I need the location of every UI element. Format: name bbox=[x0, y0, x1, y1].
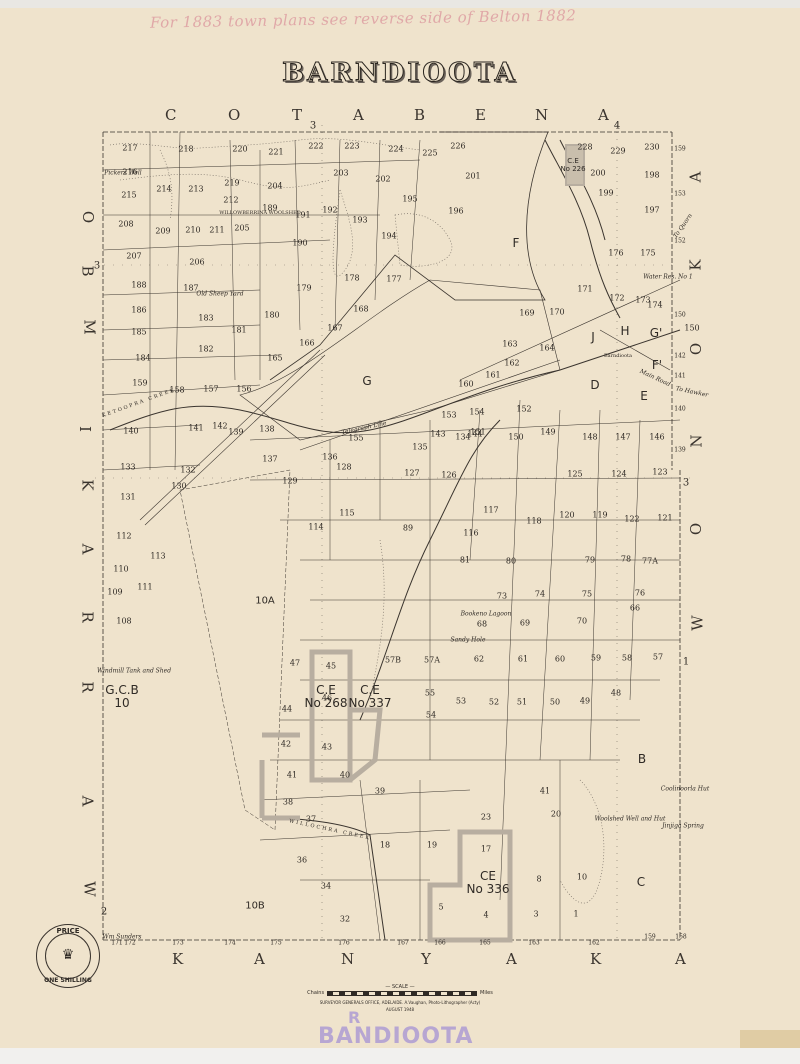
section-number: 200 bbox=[590, 169, 605, 178]
grid-number: 3 bbox=[683, 478, 689, 489]
crown-icon: ♛ bbox=[59, 947, 77, 963]
section-number: 129 bbox=[282, 477, 297, 486]
section-number: 136 bbox=[322, 453, 337, 462]
block-label: J bbox=[591, 330, 595, 344]
section-number: 108 bbox=[116, 617, 131, 626]
section-number: 166 bbox=[299, 339, 314, 348]
section-number: 156 bbox=[236, 385, 251, 394]
section-number: 70 bbox=[577, 617, 587, 626]
border-number: 165 bbox=[479, 940, 490, 947]
section-number: 159 bbox=[132, 379, 147, 388]
section-number: 124 bbox=[611, 470, 626, 479]
section-number: 113 bbox=[150, 552, 165, 561]
gcb-10: G.C.B 10 bbox=[105, 684, 139, 710]
place-name: Water Res. No 1 bbox=[643, 274, 693, 281]
section-number: 38 bbox=[283, 798, 293, 807]
section-number: 150 bbox=[684, 324, 699, 333]
section-number: 190 bbox=[292, 239, 307, 248]
block-label: C bbox=[637, 875, 645, 889]
section-number: 150 bbox=[508, 433, 523, 442]
border-number: 153 bbox=[674, 191, 685, 198]
section-number: 221 bbox=[268, 148, 283, 157]
section-number: 40 bbox=[340, 771, 350, 780]
grid-number: 4 bbox=[614, 121, 620, 132]
section-number: 154 bbox=[469, 408, 484, 417]
section-number: 46 bbox=[322, 694, 332, 703]
section-number: 80 bbox=[506, 557, 516, 566]
border-number: 140 bbox=[674, 406, 685, 413]
section-number: 148 bbox=[582, 433, 597, 442]
section-number: 51 bbox=[517, 698, 527, 707]
place-name: WILLOWBERRINA WOOLSHED bbox=[219, 210, 301, 216]
section-number: 219 bbox=[224, 179, 239, 188]
section-number: 199 bbox=[598, 189, 613, 198]
section-number: 60 bbox=[555, 655, 565, 664]
section-number: 149 bbox=[540, 428, 555, 437]
section-number: 121 bbox=[657, 514, 672, 523]
scale-legend: — SCALE — Chains Miles SURVEYOR GENERALS… bbox=[300, 984, 500, 1012]
section-number: 207 bbox=[126, 252, 141, 261]
section-number: 112 bbox=[116, 532, 131, 541]
scale-unit-miles: Miles bbox=[480, 990, 493, 996]
section-number: 213 bbox=[188, 185, 203, 194]
section-number: 32 bbox=[340, 915, 350, 924]
section-number: 181 bbox=[231, 326, 246, 335]
border-number: 173 bbox=[172, 940, 183, 947]
section-number: 161 bbox=[485, 371, 500, 380]
border-number: 176 bbox=[338, 940, 349, 947]
section-number: 197 bbox=[644, 206, 659, 215]
section-number: 140 bbox=[123, 427, 138, 436]
section-number: 45 bbox=[326, 662, 336, 671]
section-number: 18 bbox=[380, 841, 390, 850]
block-label: G bbox=[362, 374, 371, 388]
section-number: 54 bbox=[426, 711, 436, 720]
section-number: 78 bbox=[621, 555, 631, 564]
section-number: 57 bbox=[653, 653, 663, 662]
stamp-shilling-text: ONE SHILLING bbox=[37, 977, 99, 984]
place-name: Windmill Tank and Shed bbox=[97, 668, 171, 675]
section-number: 47 bbox=[290, 659, 300, 668]
grid-number: 3 bbox=[94, 261, 100, 272]
section-number: 153 bbox=[441, 411, 456, 420]
section-number: 3 bbox=[533, 910, 538, 919]
place-name: Sandy Hole bbox=[450, 637, 485, 644]
border-number: 142 bbox=[674, 353, 685, 360]
section-number: 193 bbox=[352, 216, 367, 225]
section-number: 69 bbox=[520, 619, 530, 628]
section-number: 204 bbox=[267, 182, 282, 191]
section-number: 171 bbox=[577, 285, 592, 294]
block-label: G' bbox=[650, 326, 663, 340]
section-number: 195 bbox=[402, 195, 417, 204]
section-number: 155 bbox=[348, 434, 363, 443]
section-number: 89 bbox=[403, 524, 413, 533]
section-number: 5 bbox=[438, 903, 443, 912]
place-name: Jinjiga Spring bbox=[662, 823, 704, 830]
section-number: 160 bbox=[458, 380, 473, 389]
section-number: 184 bbox=[135, 354, 150, 363]
section-number: 23 bbox=[481, 813, 491, 822]
section-number: 135 bbox=[412, 443, 427, 452]
border-number: 172 bbox=[124, 940, 135, 947]
section-number: 81 bbox=[460, 556, 470, 565]
section-number: 176 bbox=[608, 249, 623, 258]
section-number: 164 bbox=[539, 344, 554, 353]
border-number: 163 bbox=[528, 940, 539, 947]
section-number: 177 bbox=[386, 275, 401, 284]
section-number: 125 bbox=[567, 470, 582, 479]
block-label: D bbox=[590, 378, 599, 392]
section-number: 1 bbox=[573, 910, 578, 919]
border-number: 150 bbox=[674, 312, 685, 319]
scale-row: Chains Miles bbox=[300, 990, 500, 996]
place-name: Coolinoorla Hut bbox=[661, 786, 710, 793]
section-number: 36 bbox=[297, 856, 307, 865]
section-number: 42 bbox=[281, 740, 291, 749]
section-number: 192 bbox=[322, 206, 337, 215]
section-number: 142 bbox=[212, 422, 227, 431]
block-label: F' bbox=[652, 358, 662, 372]
section-number: 52 bbox=[489, 698, 499, 707]
section-number: 217 bbox=[122, 144, 137, 153]
section-number: 157 bbox=[203, 385, 218, 394]
section-number: 44 bbox=[282, 705, 292, 714]
section-number: 73 bbox=[497, 592, 507, 601]
border-number: 166 bbox=[434, 940, 445, 947]
catalogue-stamp: BANDIOOTA bbox=[318, 1024, 473, 1049]
section-number: 173 bbox=[635, 296, 650, 305]
place-name: Barndioota bbox=[604, 353, 632, 359]
section-number: 128 bbox=[336, 463, 351, 472]
section-number: 109 bbox=[107, 588, 122, 597]
section-number: 79 bbox=[585, 556, 595, 565]
section-number: 139 bbox=[228, 428, 243, 437]
section-number: 222 bbox=[308, 142, 323, 151]
section-number: 55 bbox=[425, 689, 435, 698]
section-number: 225 bbox=[422, 149, 437, 158]
section-number: 119 bbox=[592, 511, 607, 520]
place-name: Bookeno Lagoon bbox=[461, 611, 512, 618]
section-number: 169 bbox=[519, 309, 534, 318]
ce-number: No 336 bbox=[466, 883, 509, 896]
section-number: 114 bbox=[308, 523, 323, 532]
section-number: 10 bbox=[577, 873, 587, 882]
border-number: 139 bbox=[674, 447, 685, 454]
reserve-10b: 10B bbox=[245, 901, 265, 912]
place-name: Old Sheep Yard bbox=[196, 291, 243, 298]
section-number: 8 bbox=[536, 875, 541, 884]
section-number: 196 bbox=[448, 207, 463, 216]
section-number: 168 bbox=[353, 305, 368, 314]
scale-unit-chains: Chains bbox=[307, 990, 324, 996]
section-number: 215 bbox=[121, 191, 136, 200]
imprint-text: SURVEYOR GENERALS OFFICE, ADELAIDE. A.Va… bbox=[300, 1000, 500, 1005]
section-number: 203 bbox=[333, 169, 348, 178]
section-number: 229 bbox=[610, 147, 625, 156]
ce-336: CE No 336 bbox=[466, 870, 509, 896]
ce-226: C.E No 226 bbox=[560, 157, 585, 173]
tape-mark bbox=[740, 1030, 800, 1048]
scale-label: SCALE bbox=[392, 984, 408, 990]
section-number: 76 bbox=[635, 589, 645, 598]
section-number: 48 bbox=[611, 689, 621, 698]
section-number: 122 bbox=[624, 515, 639, 524]
section-number: 180 bbox=[264, 311, 279, 320]
section-number: 111 bbox=[137, 583, 152, 592]
border-number: 175 bbox=[270, 940, 281, 947]
section-number: 175 bbox=[640, 249, 655, 258]
grid-number: 1 bbox=[683, 657, 689, 668]
section-number: 19 bbox=[427, 841, 437, 850]
block-label: H bbox=[620, 324, 629, 338]
section-number: 226 bbox=[450, 142, 465, 151]
section-number: 147 bbox=[615, 433, 630, 442]
section-number: 68 bbox=[477, 620, 487, 629]
section-number: 77A bbox=[642, 557, 658, 566]
border-number: 158 bbox=[675, 934, 686, 941]
grid-number: 2 bbox=[101, 907, 107, 918]
section-number: 20 bbox=[551, 810, 561, 819]
section-number: 165 bbox=[267, 354, 282, 363]
section-number: 41 bbox=[287, 771, 297, 780]
section-number: 188 bbox=[131, 281, 146, 290]
border-number: 171 bbox=[111, 940, 122, 947]
section-number: 110 bbox=[113, 565, 128, 574]
section-number: 178 bbox=[344, 274, 359, 283]
section-number: 49 bbox=[580, 697, 590, 706]
section-number: 58 bbox=[622, 654, 632, 663]
section-number: 43 bbox=[322, 743, 332, 752]
border-number: 162 bbox=[588, 940, 599, 947]
imprint-date: AUGUST 1948 bbox=[300, 1007, 500, 1012]
section-number: 198 bbox=[644, 171, 659, 180]
section-number: 41 bbox=[540, 787, 550, 796]
ce-label: C.E bbox=[560, 157, 585, 165]
section-number: 212 bbox=[223, 196, 238, 205]
place-name: Wm Sunders bbox=[103, 934, 142, 941]
section-number: 59 bbox=[591, 654, 601, 663]
section-number: 120 bbox=[559, 511, 574, 520]
section-number: 220 bbox=[232, 145, 247, 154]
price-stamp: PRICE ♛ ONE SHILLING bbox=[36, 924, 100, 988]
section-number: 34 bbox=[321, 882, 331, 891]
section-number: 201 bbox=[465, 172, 480, 181]
grid-number: 3 bbox=[310, 121, 316, 132]
border-number: 167 bbox=[397, 940, 408, 947]
scale-bar bbox=[327, 991, 477, 996]
block-label: F bbox=[513, 236, 520, 250]
border-number: 174 bbox=[224, 940, 235, 947]
section-number: 130 bbox=[171, 482, 186, 491]
section-number: 172 bbox=[609, 294, 624, 303]
border-number: 159 bbox=[674, 146, 685, 153]
section-number: 123 bbox=[652, 468, 667, 477]
section-number: 179 bbox=[296, 284, 311, 293]
section-number: 183 bbox=[198, 314, 213, 323]
section-number: 138 bbox=[259, 425, 274, 434]
ce-number: No 337 bbox=[348, 697, 391, 710]
section-number: 209 bbox=[155, 227, 170, 236]
section-number: 53 bbox=[456, 697, 466, 706]
section-number: 186 bbox=[131, 306, 146, 315]
section-number: 17 bbox=[481, 845, 491, 854]
section-number: 205 bbox=[234, 224, 249, 233]
section-number: 127 bbox=[404, 469, 419, 478]
section-number: 143 bbox=[430, 430, 445, 439]
section-number: 75 bbox=[582, 590, 592, 599]
gcb-number: 10 bbox=[105, 697, 139, 710]
section-number: 230 bbox=[644, 143, 659, 152]
section-number: 131 bbox=[120, 493, 135, 502]
section-number: 66 bbox=[630, 604, 640, 613]
border-number: 159 bbox=[644, 934, 655, 941]
section-number: 146 bbox=[649, 433, 664, 442]
section-number: 228 bbox=[577, 143, 592, 152]
section-number: 214 bbox=[156, 185, 171, 194]
reserve-10a: 10A bbox=[255, 596, 275, 607]
section-number: 223 bbox=[344, 142, 359, 151]
border-number: 141 bbox=[674, 373, 685, 380]
place-name: Woolshed Well and Hut bbox=[595, 816, 666, 823]
section-number: 57A bbox=[424, 656, 440, 665]
section-number: 57B bbox=[385, 656, 401, 665]
block-label: E bbox=[640, 389, 648, 403]
section-number: 141 bbox=[188, 424, 203, 433]
section-number: 185 bbox=[131, 328, 146, 337]
ce-number: No 226 bbox=[560, 165, 585, 173]
section-number: 206 bbox=[189, 258, 204, 267]
section-number: 211 bbox=[209, 226, 224, 235]
section-number: 224 bbox=[388, 145, 403, 154]
section-number: 182 bbox=[198, 345, 213, 354]
section-number: 74 bbox=[535, 590, 545, 599]
section-number: 134 bbox=[455, 433, 470, 442]
section-number: 115 bbox=[339, 509, 354, 518]
section-number: 170 bbox=[549, 308, 564, 317]
section-number: 117 bbox=[483, 506, 498, 515]
section-number: 116 bbox=[463, 529, 478, 538]
section-number: 210 bbox=[185, 226, 200, 235]
section-number: 163 bbox=[502, 340, 517, 349]
section-number: 62 bbox=[474, 655, 484, 664]
section-number: 126 bbox=[441, 471, 456, 480]
section-number: 218 bbox=[178, 145, 193, 154]
section-number: 167 bbox=[327, 324, 342, 333]
section-number: 152 bbox=[516, 405, 531, 414]
section-number: 132 bbox=[180, 466, 195, 475]
section-number: 208 bbox=[118, 220, 133, 229]
ce-337: C.E No 337 bbox=[348, 684, 391, 710]
section-number: 202 bbox=[375, 175, 390, 184]
section-number: 4 bbox=[483, 911, 488, 920]
section-number: 50 bbox=[550, 698, 560, 707]
block-label: B bbox=[638, 752, 646, 766]
section-number: 118 bbox=[526, 517, 541, 526]
section-number: 39 bbox=[375, 787, 385, 796]
section-number: 61 bbox=[518, 655, 528, 664]
section-number: 137 bbox=[262, 455, 277, 464]
section-number: 162 bbox=[504, 359, 519, 368]
section-number: 194 bbox=[381, 232, 396, 241]
place-name: Pickers Well bbox=[104, 170, 141, 177]
section-number: 133 bbox=[120, 463, 135, 472]
